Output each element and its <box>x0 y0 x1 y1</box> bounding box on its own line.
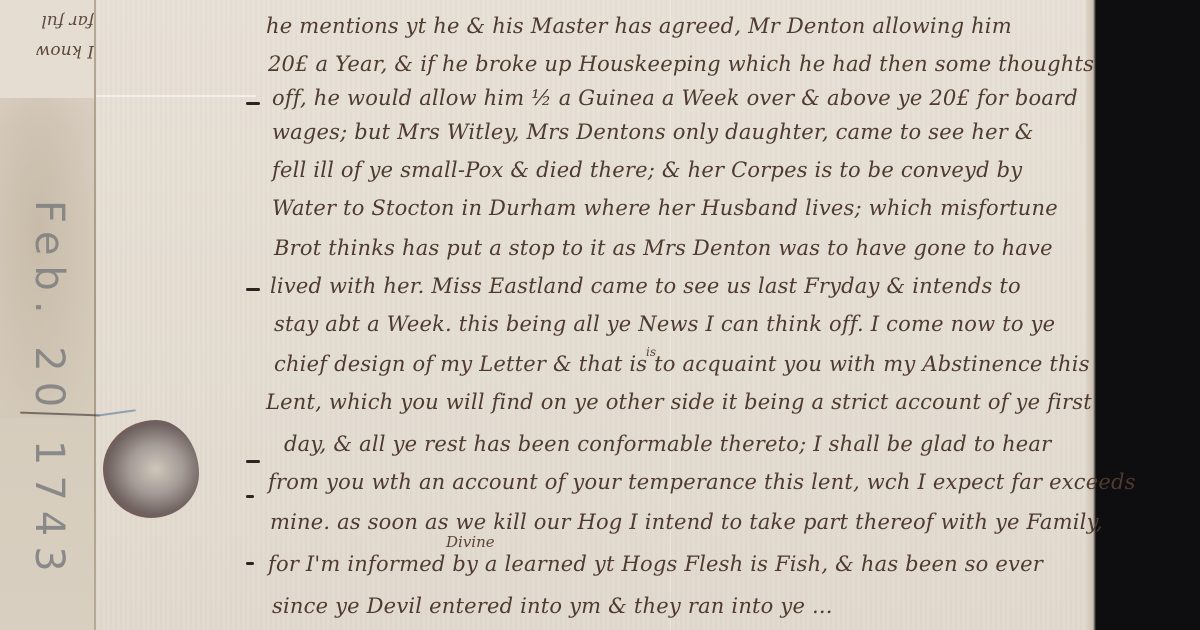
letter-line: day, & all ye rest has been conformable … <box>284 432 1051 456</box>
flap-line-2: far ful <box>2 6 94 36</box>
letter-line: fell ill of ye small-Pox & died there; &… <box>272 158 1022 182</box>
letter-line: Lent, which you will find on ye other si… <box>266 390 1092 414</box>
margin-pin-mark <box>246 495 254 498</box>
margin-pin-mark <box>246 562 254 565</box>
horizontal-fold-crease <box>96 95 256 97</box>
letter-line: wages; but Mrs Witley, Mrs Dentons only … <box>272 120 1034 144</box>
letter-line: since ye Devil entered into ym & they ra… <box>272 594 833 618</box>
letter-line: lived with her. Miss Eastland came to se… <box>270 274 1021 298</box>
letter-line: off, he would allow him ½ a Guinea a Wee… <box>272 86 1078 110</box>
letter-line: from you wth an account of your temperan… <box>268 470 1136 494</box>
dark-backdrop <box>1092 0 1200 630</box>
archival-pencil-annotation: Feb. 20 1743 <box>26 200 72 582</box>
flap-handwriting: I know far ful <box>2 6 94 66</box>
letter-line: for I'm informed by a learned yt Hogs Fl… <box>268 552 1043 576</box>
flap-line-1: I know <box>2 36 94 66</box>
letter-line: he mentions yt he & his Master has agree… <box>266 14 1012 38</box>
letter-sheet: I know far ful Feb. 20 1743 he mentions … <box>0 0 1094 630</box>
letter-line: chief design of my Letter & that is to a… <box>274 352 1090 376</box>
letter-body: he mentions yt he & his Master has agree… <box>258 0 1094 630</box>
letter-line: Brot thinks has put a stop to it as Mrs … <box>274 236 1053 260</box>
folded-flap: I know far ful Feb. 20 1743 <box>0 0 95 630</box>
interlinear-insertion: Divine <box>446 533 495 551</box>
document-photo: I know far ful Feb. 20 1743 he mentions … <box>0 0 1200 630</box>
paper-tear <box>96 409 136 417</box>
letter-line: 20£ a Year, & if he broke up Houskeeping… <box>268 52 1094 76</box>
letter-line: mine. as soon as we kill our Hog I inten… <box>270 510 1103 534</box>
letter-line: Water to Stocton in Durham where her Hus… <box>272 196 1058 220</box>
interlinear-insertion: is <box>646 345 656 359</box>
wax-seal-remnant <box>103 420 199 518</box>
letter-line: stay abt a Week. this being all ye News … <box>274 312 1055 336</box>
